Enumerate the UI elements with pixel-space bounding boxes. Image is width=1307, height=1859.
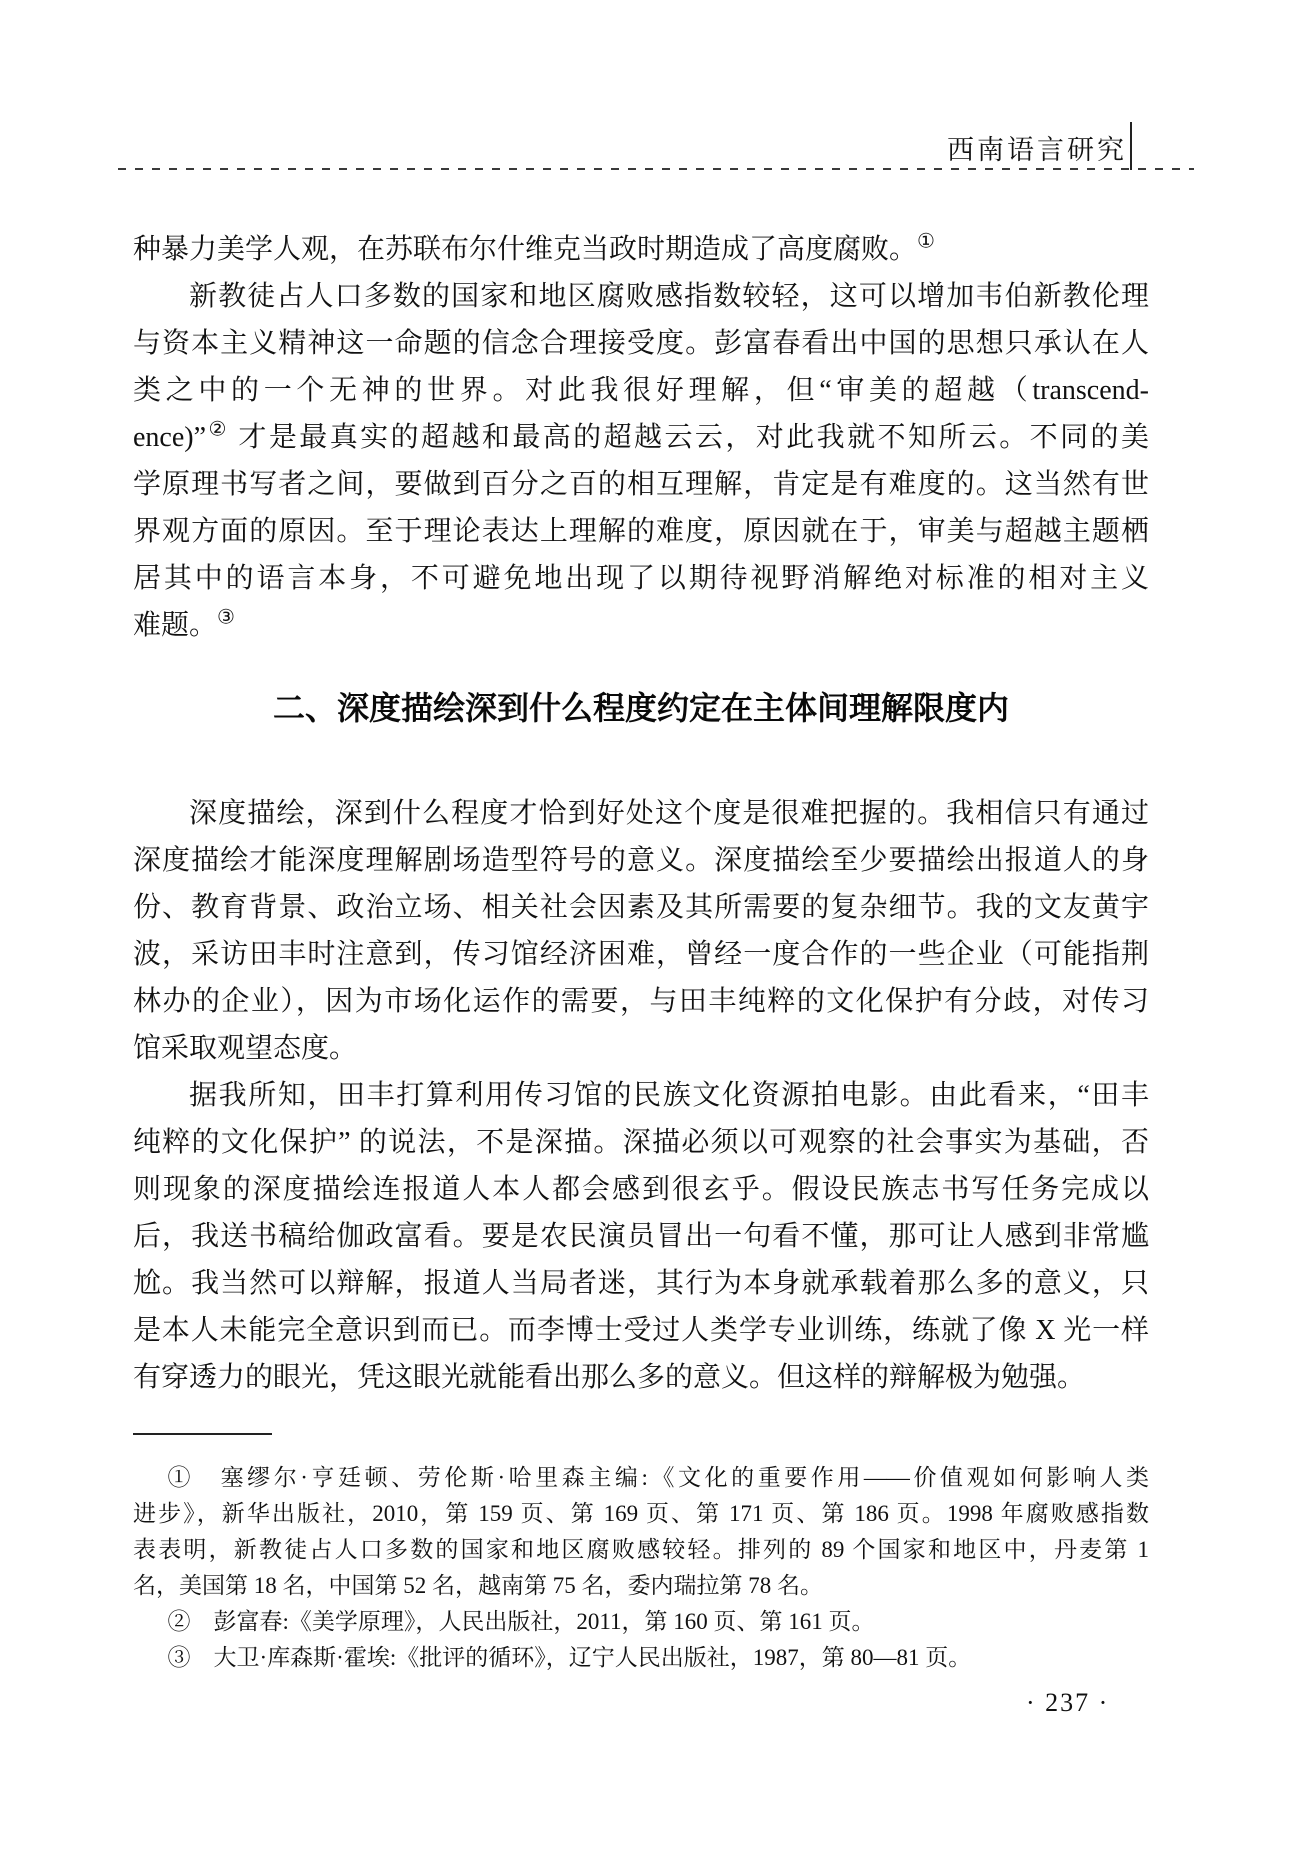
text-line: 深度描绘，深到什么程度才恰到好处这个度是很难把握的。我相信只有通过 — [133, 790, 1149, 837]
text-line: 难题。③ — [133, 602, 1149, 649]
text-line: 波，采访田丰时注意到，传习馆经济困难，曾经一度合作的一些企业（可能指荆 — [133, 931, 1149, 978]
section-heading: 二、深度描绘深到什么程度约定在主体间理解限度内 — [133, 685, 1149, 732]
text-line: 份、教育背景、政治立场、相关社会因素及其所需要的复杂细节。我的文友黄宇 — [133, 884, 1149, 931]
text-line: 则现象的深度描绘连报道人本人都会感到很玄乎。假设民族志书写任务完成以 — [133, 1166, 1149, 1213]
paragraphs-before-heading: 种暴力美学人观，在苏联布尔什维克当政时期造成了高度腐败。①新教徒占人口多数的国家… — [133, 226, 1149, 649]
page-number: · 237 · — [1026, 1688, 1109, 1718]
text-line: 有穿透力的眼光，凭这眼光就能看出那么多的意义。但这样的辩解极为勉强。 — [133, 1354, 1149, 1401]
text-line: ① 塞缪尔·亨廷顿、劳伦斯·哈里森主编:《文化的重要作用——价值观如何影响人类 — [133, 1460, 1149, 1496]
text-line: 界观方面的原因。至于理论表达上理解的难度，原因就在于，审美与超越主题栖 — [133, 508, 1149, 555]
footnotes: ① 塞缪尔·亨廷顿、劳伦斯·哈里森主编:《文化的重要作用——价值观如何影响人类进… — [133, 1460, 1149, 1676]
text-line: ② 彭富春:《美学原理》，人民出版社，2011，第 160 页、第 161 页。 — [133, 1604, 1149, 1640]
text-line: 名，美国第 18 名，中国第 52 名，越南第 75 名，委内瑞拉第 78 名。 — [133, 1568, 1149, 1604]
paragraphs-after-heading: 深度描绘，深到什么程度才恰到好处这个度是很难把握的。我相信只有通过深度描绘才能深… — [133, 790, 1149, 1401]
text-line: ence)”② 才是最真实的超越和最高的超越云云，对此我就不知所云。不同的美 — [133, 414, 1149, 461]
text-line: 馆采取观望态度。 — [133, 1025, 1149, 1072]
text-line: ③ 大卫·库森斯·霍埃:《批评的循环》，辽宁人民出版社，1987，第 80—81… — [133, 1640, 1149, 1676]
text-line: 据我所知，田丰打算利用传习馆的民族文化资源拍电影。由此看来，“田丰 — [133, 1072, 1149, 1119]
text-line: 与资本主义精神这一命题的信念合理接受度。彭富春看出中国的思想只承认在人 — [133, 320, 1149, 367]
text-line: 表表明，新教徒占人口多数的国家和地区腐败感较轻。排列的 89 个国家和地区中，丹… — [133, 1532, 1149, 1568]
text-line: 新教徒占人口多数的国家和地区腐败感指数较轻，这可以增加韦伯新教伦理 — [133, 273, 1149, 320]
text-line: 是本人未能完全意识到而已。而李博士受过人类学专业训练，练就了像 X 光一样 — [133, 1307, 1149, 1354]
text-line: 学原理书写者之间，要做到百分之百的相互理解，肯定是有难度的。这当然有世 — [133, 461, 1149, 508]
text-line: 深度描绘才能深度理解剧场造型符号的意义。深度描绘至少要描绘出报道人的身 — [133, 837, 1149, 884]
text-column: 种暴力美学人观，在苏联布尔什维克当政时期造成了高度腐败。①新教徒占人口多数的国家… — [133, 226, 1149, 1676]
text-line: 居其中的语言本身，不可避免地出现了以期待视野消解绝对标准的相对主义 — [133, 555, 1149, 602]
text-line: 类之中的一个无神的世界。对此我很好理解，但“审美的超越（transcend- — [133, 367, 1149, 414]
header-vertical-rule — [1130, 122, 1132, 170]
footnote-marker: ③ — [217, 607, 235, 629]
header-dashed-rule — [118, 168, 1194, 170]
text-line: 种暴力美学人观，在苏联布尔什维克当政时期造成了高度腐败。① — [133, 226, 1149, 273]
footnote-marker: ② — [206, 419, 229, 441]
text-line: 纯粹的文化保护” 的说法，不是深描。深描必须以可观察的社会事实为基础，否 — [133, 1119, 1149, 1166]
footnote-marker: ① — [917, 231, 935, 253]
book-page: 西南语言研究 种暴力美学人观，在苏联布尔什维克当政时期造成了高度腐败。①新教徒占… — [0, 0, 1307, 1859]
text-line: 进步》，新华出版社，2010，第 159 页、第 169 页、第 171 页、第… — [133, 1496, 1149, 1532]
text-line: 后，我送书稿给伽政富看。要是农民演员冒出一句看不懂，那可让人感到非常尴 — [133, 1213, 1149, 1260]
footnote-divider-rule — [133, 1433, 272, 1435]
text-line: 林办的企业），因为市场化运作的需要，与田丰纯粹的文化保护有分歧，对传习 — [133, 978, 1149, 1025]
running-header-title: 西南语言研究 — [947, 128, 1127, 167]
text-line: 尬。我当然可以辩解，报道人当局者迷，其行为本身就承载着那么多的意义，只 — [133, 1260, 1149, 1307]
